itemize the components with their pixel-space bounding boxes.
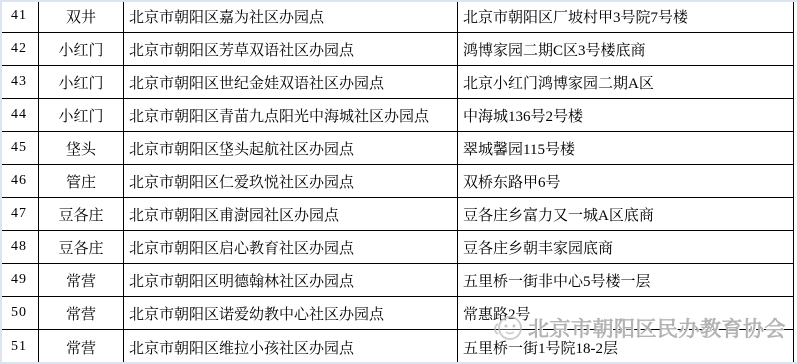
table-row: 49 常营 北京市朝阳区明德翰林社区办园点 五里桥一街非中心5号楼一层: [0, 264, 794, 297]
table-row: 45 垡头 北京市朝阳区垡头起航社区办园点 翠城馨园115号楼: [0, 132, 794, 165]
table-row: 46 管庄 北京市朝阳区仁爱玖悦社区办园点 双桥东路甲6号: [0, 165, 794, 198]
table-row: 47 豆各庄 北京市朝阳区甫澍园社区办园点 豆各庄乡富力又一城A区底商: [0, 198, 794, 231]
table-row: 41 双井 北京市朝阳区嘉为社区办园点 北京市朝阳区厂坡村甲3号院7号楼: [0, 0, 794, 33]
cell-address: 翠城馨园115号楼: [458, 132, 794, 165]
table-row: 48 豆各庄 北京市朝阳区启心教育社区办园点 豆各庄乡朝丰家园底商: [0, 231, 794, 264]
cell-address: 鸿博家园二期C区3号楼底商: [458, 33, 794, 66]
cell-no: 42: [0, 33, 39, 66]
cell-no: 51: [0, 330, 39, 364]
cell-name: 北京市朝阳区明德翰林社区办园点: [124, 264, 458, 297]
cell-no: 50: [0, 297, 39, 330]
cell-no: 43: [0, 66, 39, 99]
cell-area: 管庄: [39, 165, 124, 198]
cell-name: 北京市朝阳区仁爱玖悦社区办园点: [124, 165, 458, 198]
cell-address: 北京市朝阳区厂坡村甲3号院7号楼: [458, 0, 794, 33]
left-edge-artifact: [0, 0, 2, 364]
top-edge-artifact: [0, 0, 797, 2]
table-row: 42 小红门 北京市朝阳区芳草双语社区办园点 鸿博家园二期C区3号楼底商: [0, 33, 794, 66]
cell-no: 45: [0, 132, 39, 165]
cell-name: 北京市朝阳区垡头起航社区办园点: [124, 132, 458, 165]
cell-area: 小红门: [39, 66, 124, 99]
cell-no: 44: [0, 99, 39, 132]
cell-area: 常营: [39, 264, 124, 297]
cell-area: 常营: [39, 297, 124, 330]
cell-address: 五里桥一街非中心5号楼一层: [458, 264, 794, 297]
kindergarten-list-page: 41 双井 北京市朝阳区嘉为社区办园点 北京市朝阳区厂坡村甲3号院7号楼 42 …: [0, 0, 797, 364]
cell-address: 常惠路2号: [458, 297, 794, 330]
cell-name: 北京市朝阳区世纪金娃双语社区办园点: [124, 66, 458, 99]
cell-address: 豆各庄乡富力又一城A区底商: [458, 198, 794, 231]
cell-no: 47: [0, 198, 39, 231]
kindergarten-table: 41 双井 北京市朝阳区嘉为社区办园点 北京市朝阳区厂坡村甲3号院7号楼 42 …: [0, 0, 794, 364]
cell-area: 垡头: [39, 132, 124, 165]
cell-area: 豆各庄: [39, 231, 124, 264]
cell-name: 北京市朝阳区芳草双语社区办园点: [124, 33, 458, 66]
cell-address: 五里桥一街1号院18-2层: [458, 330, 794, 364]
table-row: 50 常营 北京市朝阳区诺爱幼教中心社区办园点 常惠路2号: [0, 297, 794, 330]
cell-area: 豆各庄: [39, 198, 124, 231]
cell-address: 双桥东路甲6号: [458, 165, 794, 198]
cell-area: 双井: [39, 0, 124, 33]
cell-area: 常营: [39, 330, 124, 364]
cell-address: 北京小红门鸿博家园二期A区: [458, 66, 794, 99]
cell-name: 北京市朝阳区诺爱幼教中心社区办园点: [124, 297, 458, 330]
cell-address: 豆各庄乡朝丰家园底商: [458, 231, 794, 264]
cell-name: 北京市朝阳区甫澍园社区办园点: [124, 198, 458, 231]
cell-no: 46: [0, 165, 39, 198]
table-row: 44 小红门 北京市朝阳区青苗九点阳光中海城社区办园点 中海城136号2号楼: [0, 99, 794, 132]
cell-area: 小红门: [39, 99, 124, 132]
cell-no: 41: [0, 0, 39, 33]
cell-no: 48: [0, 231, 39, 264]
cell-name: 北京市朝阳区维拉小孩社区办园点: [124, 330, 458, 364]
cell-area: 小红门: [39, 33, 124, 66]
cell-name: 北京市朝阳区启心教育社区办园点: [124, 231, 458, 264]
cell-name: 北京市朝阳区青苗九点阳光中海城社区办园点: [124, 99, 458, 132]
cell-no: 49: [0, 264, 39, 297]
table-row: 51 常营 北京市朝阳区维拉小孩社区办园点 五里桥一街1号院18-2层: [0, 330, 794, 364]
cell-address: 中海城136号2号楼: [458, 99, 794, 132]
cell-name: 北京市朝阳区嘉为社区办园点: [124, 0, 458, 33]
table-row: 43 小红门 北京市朝阳区世纪金娃双语社区办园点 北京小红门鸿博家园二期A区: [0, 66, 794, 99]
